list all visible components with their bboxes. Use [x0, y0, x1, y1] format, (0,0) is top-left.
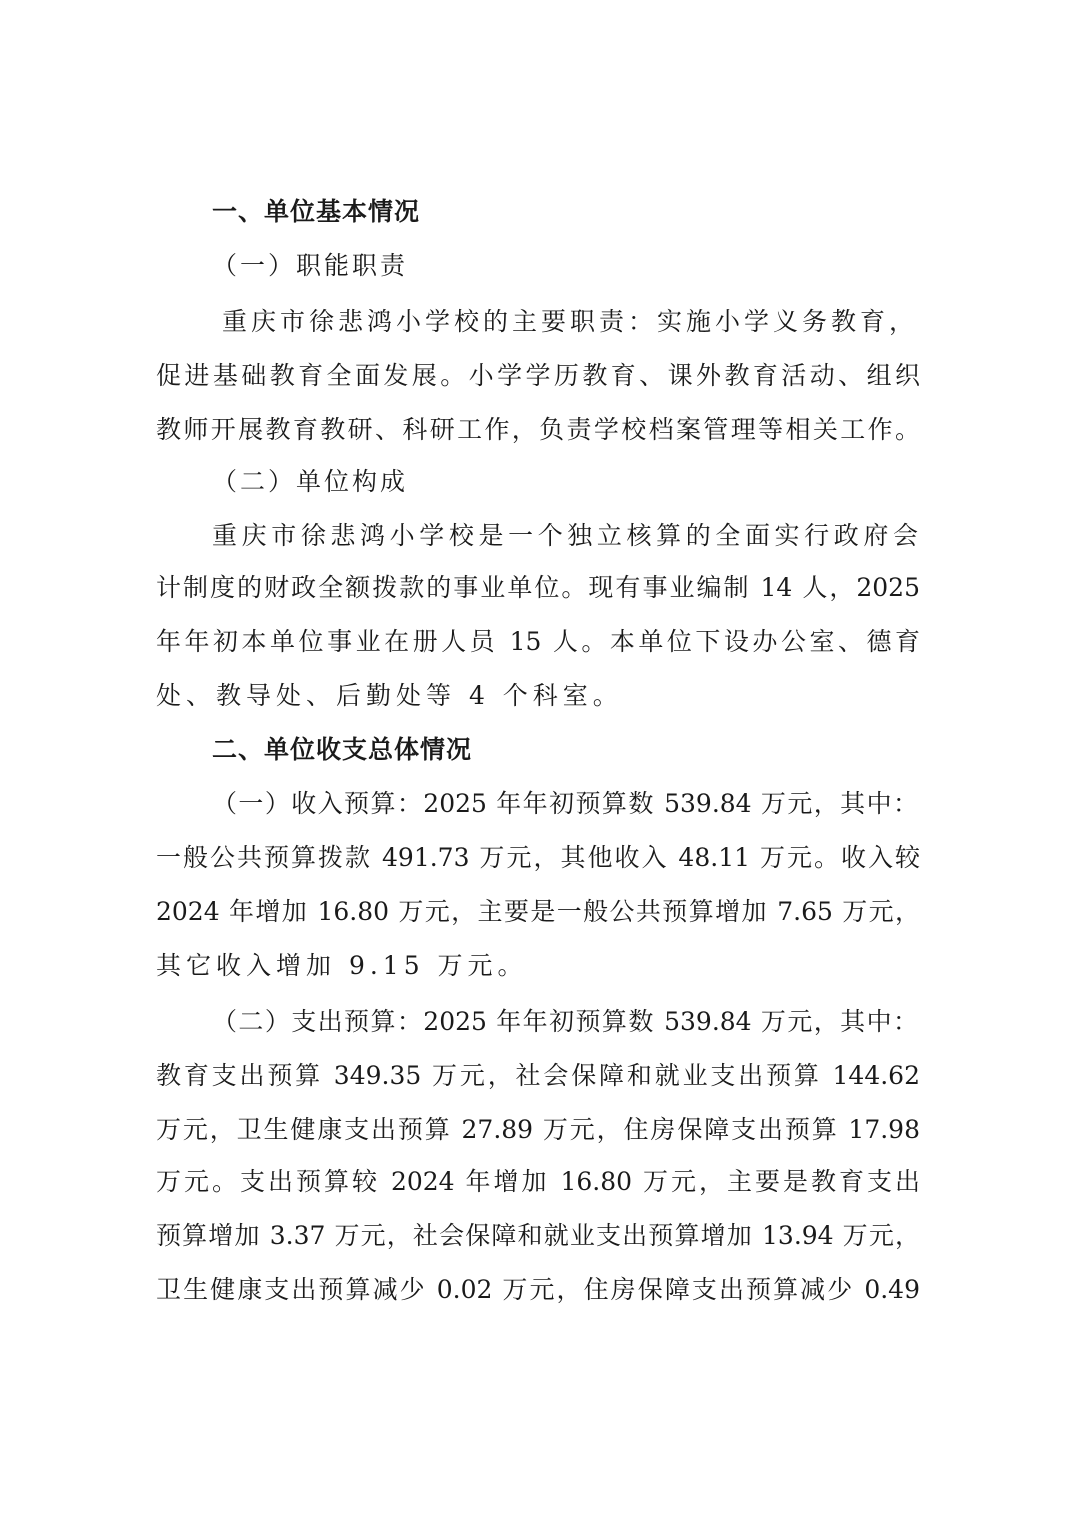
- income-paragraph-line: 2024 年增加 16.80 万元，主要是一般公共预算增加 7.65 万元，: [156, 892, 920, 932]
- section-heading-budget-overview: 二、单位收支总体情况: [212, 730, 632, 770]
- composition-paragraph-line: 年年初本单位事业在册人员 15 人。本单位下设办公室、德育: [156, 622, 920, 662]
- expenditure-paragraph-line: 万元，卫生健康支出预算 27.89 万元，住房保障支出预算 17.98: [156, 1110, 920, 1150]
- composition-paragraph-line: 处、教导处、后勤处等 4 个科室。: [156, 676, 596, 716]
- income-paragraph-line: 一般公共预算拨款 491.73 万元，其他收入 48.11 万元。收入较: [156, 838, 920, 878]
- subsection-heading-duties: （一）职能职责: [212, 246, 612, 286]
- document-page: 一、单位基本情况 （一）职能职责 重庆市徐悲鸿小学校的主要职责：实施小学义务教育…: [0, 0, 1074, 1520]
- duties-paragraph-line: 重庆市徐悲鸿小学校的主要职责：实施小学义务教育，: [222, 302, 914, 342]
- income-paragraph-line: 其它收入增加 9.15 万元。: [156, 946, 486, 986]
- composition-paragraph-line: 计制度的财政全额拨款的事业单位。现有事业编制 14 人，2025: [156, 568, 920, 608]
- expenditure-paragraph-line: 预算增加 3.37 万元，社会保障和就业支出预算增加 13.94 万元，: [156, 1216, 920, 1256]
- section-heading-basic-info: 一、单位基本情况: [212, 192, 612, 232]
- expenditure-paragraph-line: 卫生健康支出预算减少 0.02 万元，住房保障支出预算减少 0.49: [156, 1270, 920, 1310]
- expenditure-paragraph-line: 教育支出预算 349.35 万元，社会保障和就业支出预算 144.62: [156, 1056, 920, 1096]
- subsection-heading-composition: （二）单位构成: [212, 462, 612, 502]
- expenditure-paragraph-line: （二）支出预算：2025 年年初预算数 539.84 万元，其中：: [212, 1002, 918, 1042]
- duties-paragraph-line: 教师开展教育教研、科研工作，负责学校档案管理等相关工作。: [156, 410, 920, 450]
- income-paragraph-line: （一）收入预算：2025 年年初预算数 539.84 万元，其中：: [212, 784, 918, 824]
- composition-paragraph-line: 重庆市徐悲鸿小学校是一个独立核算的全面实行政府会: [212, 516, 918, 556]
- expenditure-paragraph-line: 万元。支出预算较 2024 年增加 16.80 万元，主要是教育支出: [156, 1162, 920, 1202]
- duties-paragraph-line: 促进基础教育全面发展。小学学历教育、课外教育活动、组织: [156, 356, 920, 396]
